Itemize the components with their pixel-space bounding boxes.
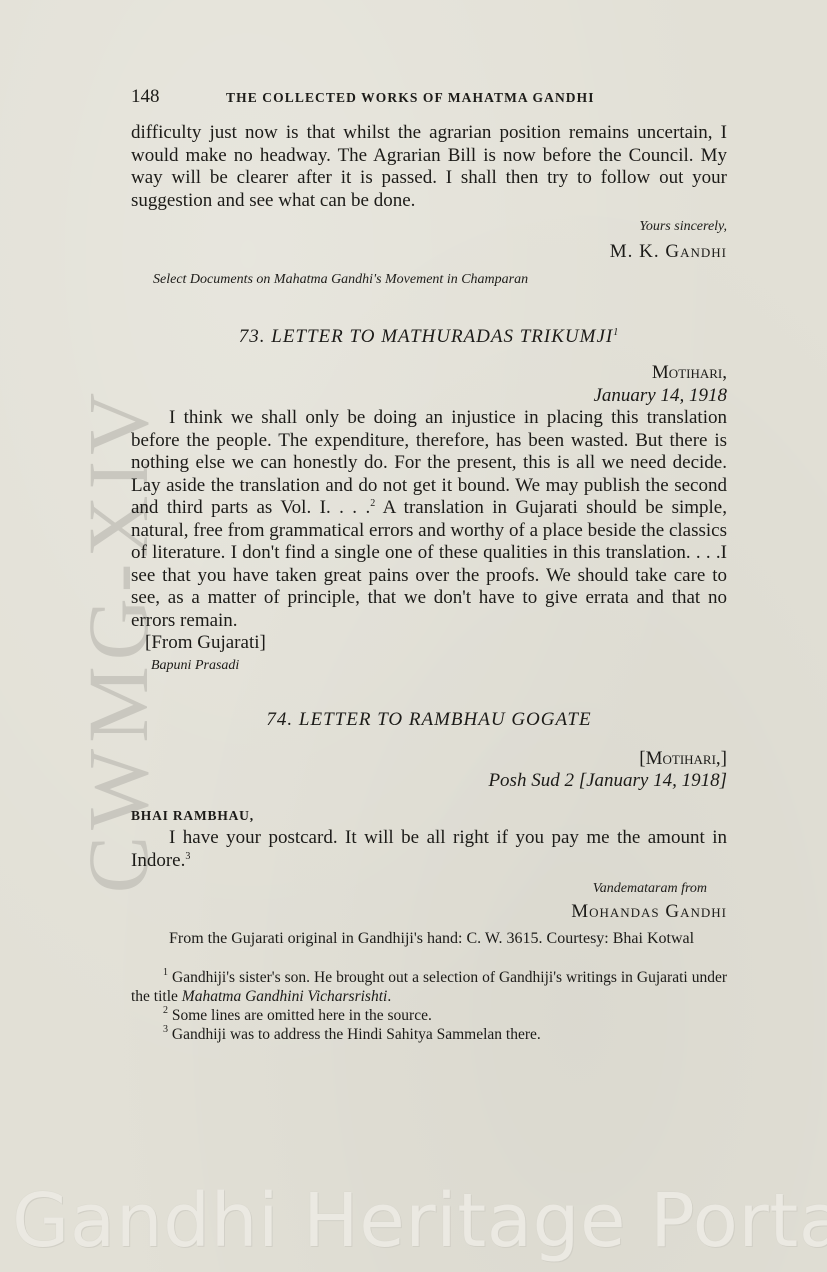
letter-74-salutation: BHAI RAMBHAU, xyxy=(131,805,727,828)
page-content: 148 THE COLLECTED WORKS OF MAHATMA GANDH… xyxy=(131,86,727,1044)
closing: Yours sincerely, xyxy=(131,216,727,239)
footnotes: 1 Gandhiji's sister's son. He brought ou… xyxy=(131,968,727,1044)
letter-74-signature: Mohandas Gandhi xyxy=(131,901,727,924)
letter-74-heading: 74. LETTER TO RAMBHAU GOGATE xyxy=(131,709,727,732)
continuation-paragraph: difficulty just now is that whilst the a… xyxy=(131,122,727,212)
letter-74-body: I have your postcard. It will be all rig… xyxy=(131,827,727,872)
signature: M. K. Gandhi xyxy=(131,241,727,264)
footnote-1: 1 Gandhiji's sister's son. He brought ou… xyxy=(131,968,727,1006)
watermark-bottom: Gandhi Heritage Portal xyxy=(12,1178,827,1264)
source-citation: Select Documents on Mahatma Gandhi's Mov… xyxy=(153,269,727,292)
letter-74-source: From the Gujarati original in Gandhiji's… xyxy=(131,927,727,950)
letter-73-source: Bapuni Prasadi xyxy=(151,655,727,678)
footnote-2: 2 Some lines are omitted here in the sou… xyxy=(131,1006,727,1025)
letter-73-place: Motihari, xyxy=(131,362,727,385)
letter-73-heading: 73. LETTER TO MATHURADAS TRIKUMJI1 xyxy=(131,326,727,349)
running-head: 148 THE COLLECTED WORKS OF MAHATMA GANDH… xyxy=(131,86,727,114)
footnote-3: 3 Gandhiji was to address the Hindi Sahi… xyxy=(131,1025,727,1044)
letter-74-closing: Vandemataram from xyxy=(131,878,707,901)
letter-74-place: [Motihari,] xyxy=(131,748,727,771)
page-number: 148 xyxy=(131,86,226,109)
letter-73-body: I think we shall only be doing an injust… xyxy=(131,407,727,632)
letter-73-date: January 14, 1918 xyxy=(131,385,727,408)
letter-74-date: Posh Sud 2 [January 14, 1918] xyxy=(131,770,727,793)
letter-73-language-note: [From Gujarati] xyxy=(145,632,727,655)
running-head-title: THE COLLECTED WORKS OF MAHATMA GANDHI xyxy=(226,87,595,110)
